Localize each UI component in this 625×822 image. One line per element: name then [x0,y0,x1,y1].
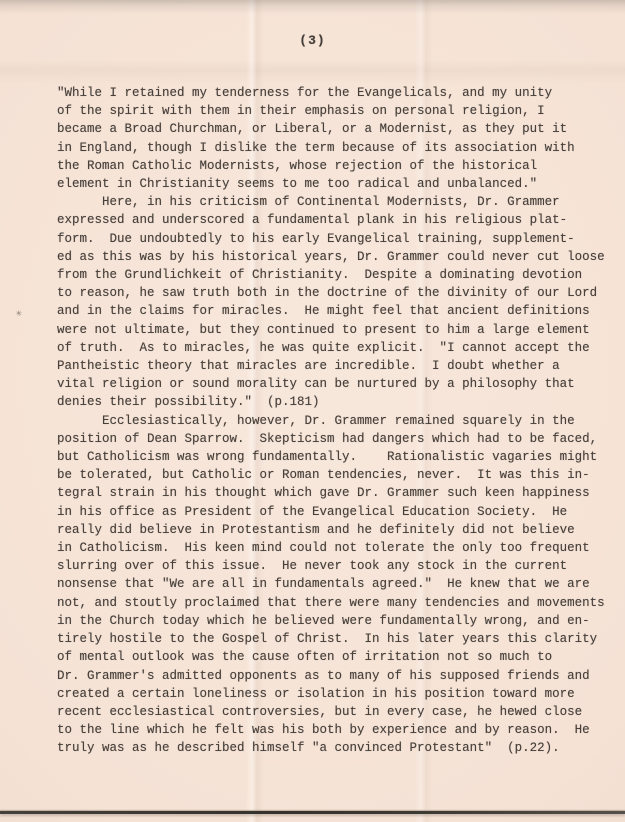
paragraph-ecclesiastical-position: Ecclesiastically, however, Dr. Grammer r… [57,412,617,758]
page-bottom-scan-edge [0,811,625,814]
paragraph-opening-quotation: "While I retained my tenderness for the … [57,84,617,193]
document-page: (3) "While I retained my tenderness for … [0,0,625,822]
margin-pencil-mark: ✳ [15,308,22,321]
paragraph-criticism-of-modernists: Here, in his criticism of Continental Mo… [57,193,617,411]
document-body: "While I retained my tenderness for the … [57,84,617,758]
page-number: (3) [0,33,625,48]
